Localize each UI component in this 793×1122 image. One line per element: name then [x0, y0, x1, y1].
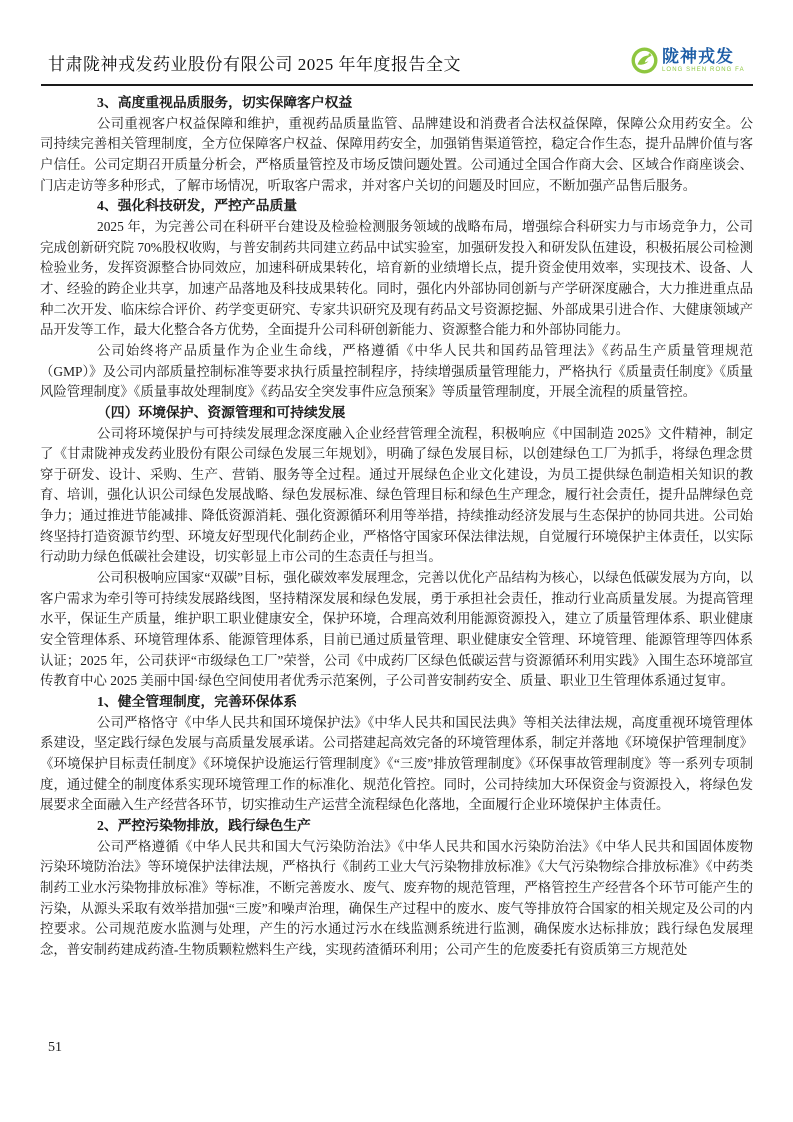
body-paragraph: 公司重视客户权益保障和维护，重视药品质量监管、品牌建设和消费者合法权益保障，保障… [40, 114, 753, 197]
body-paragraph: 公司将环境保护与可持续发展理念深度融入企业经营管理全流程，积极响应《中国制造 2… [40, 424, 753, 569]
section-heading: 2、严控污染物排放，践行绿色生产 [40, 816, 753, 837]
body-paragraph: 公司始终将产品质量作为企业生命线，严格遵循《中华人民共和国药品管理法》《药品生产… [40, 341, 753, 403]
section-heading: 4、强化科技研发，严控产品质量 [40, 196, 753, 217]
section-heading: 3、高度重视品质服务，切实保障客户权益 [40, 93, 753, 114]
report-page: 甘肃陇神戎发药业股份有限公司 2025 年年度报告全文 陇神戎发 LONG SH… [0, 0, 793, 1122]
logo-bird-icon [631, 47, 658, 74]
body-paragraph: 公司严格遵循《中华人民共和国大气污染防治法》《中华人民共和国水污染防治法》《中华… [40, 837, 753, 961]
logo-name-cn: 陇神戎发 [662, 47, 745, 66]
body-paragraph: 公司严格恪守《中华人民共和国环境保护法》《中华人民共和国民法典》等相关法律法规，… [40, 713, 753, 816]
page-number: 51 [48, 1040, 62, 1056]
report-body: 3、高度重视品质服务，切实保障客户权益 公司重视客户权益保障和维护，重视药品质量… [40, 93, 753, 961]
company-logo: 陇神戎发 LONG SHEN RONG FA [631, 47, 745, 74]
body-paragraph: 公司积极响应国家“双碳”目标，强化碳效率发展理念，完善以优化产品结构为核心，以绿… [40, 568, 753, 692]
report-header-title: 甘肃陇神戎发药业股份有限公司 2025 年年度报告全文 [48, 55, 461, 75]
section-heading: （四）环境保护、资源管理和可持续发展 [40, 403, 753, 424]
logo-name-en: LONG SHEN RONG FA [662, 67, 745, 74]
body-paragraph: 2025 年，为完善公司在科研平台建设及检验检测服务领域的战略布局，增强综合科研… [40, 217, 753, 341]
section-heading: 1、健全管理制度，完善环保体系 [40, 692, 753, 713]
header-divider [41, 84, 753, 86]
